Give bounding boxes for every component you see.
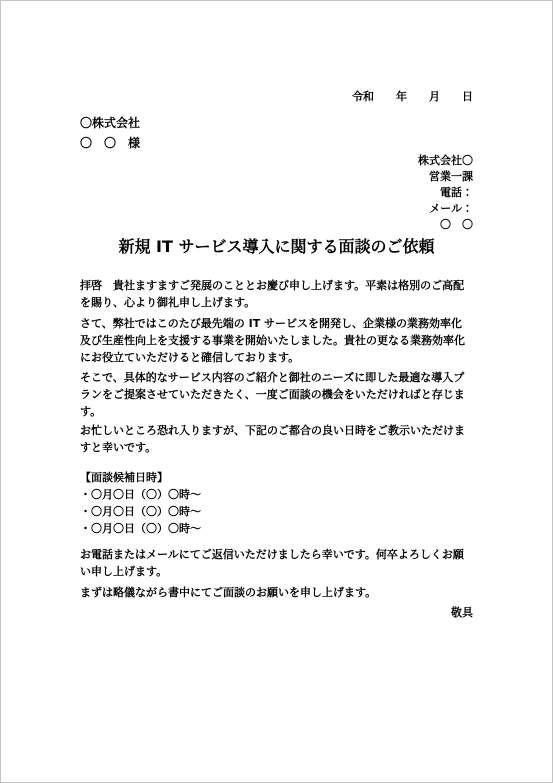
schedule-item: ・〇月〇日（〇）〇時～ — [80, 520, 473, 537]
sender-block: 株式会社〇 営業一課 電話： メール： 〇 〇 — [80, 153, 473, 233]
body-paragraph-greeting: 拝啓 貴社ますますご発展のこととお慶び申し上げます。平素は格別のご高配を賜り、心… — [80, 277, 473, 311]
sender-email-label: メール： — [80, 201, 473, 217]
body-paragraph-proposal: そこで、具体的なサービス内容のご紹介と御社のニーズに即した最適な導入プランをご提… — [80, 369, 473, 420]
schedule-item: ・〇月〇日（〇）〇時～ — [80, 486, 473, 503]
body-paragraph-introduction: さて、弊社ではこのたび最先端の IT サービスを開発し、企業様の業務効率化及び生… — [80, 315, 473, 366]
schedule-item: ・〇月〇日（〇）〇時～ — [80, 503, 473, 520]
sign-off: 敬具 — [80, 604, 473, 621]
sender-company: 株式会社〇 — [80, 153, 473, 169]
recipient-company: 〇株式会社 — [80, 113, 473, 133]
sender-department: 営業一課 — [80, 169, 473, 185]
body-paragraph-request: お忙しいところ恐れ入りますが、下記のご都合の良い日時をご教示いただけますと幸いで… — [80, 422, 473, 456]
recipient-name: 〇 〇 様 — [80, 133, 473, 153]
closing-paragraph-reply-request: お電話またはメールにてご返信いただけましたら幸いです。何卒よろしくお願い申し上げ… — [80, 546, 473, 580]
date-line: 令和 年 月 日 — [80, 90, 473, 104]
sender-name: 〇 〇 — [80, 217, 473, 233]
letter-body: 拝啓 貴社ますますご発展のこととお慶び申し上げます。平素は格別のご高配を賜り、心… — [80, 277, 473, 621]
document-page: 令和 年 月 日 〇株式会社 〇 〇 様 株式会社〇 営業一課 電話： メール：… — [0, 0, 553, 783]
sender-phone-label: 電話： — [80, 185, 473, 201]
schedule-heading: 【面談候補日時】 — [80, 469, 473, 486]
letter-title: 新規 IT サービス導入に関する面談のご依頼 — [80, 238, 473, 255]
closing-paragraph-final: まずは略儀ながら書中にてご面談のお願いを申し上げます。 — [80, 584, 473, 601]
recipient-block: 〇株式会社 〇 〇 様 — [80, 113, 473, 153]
